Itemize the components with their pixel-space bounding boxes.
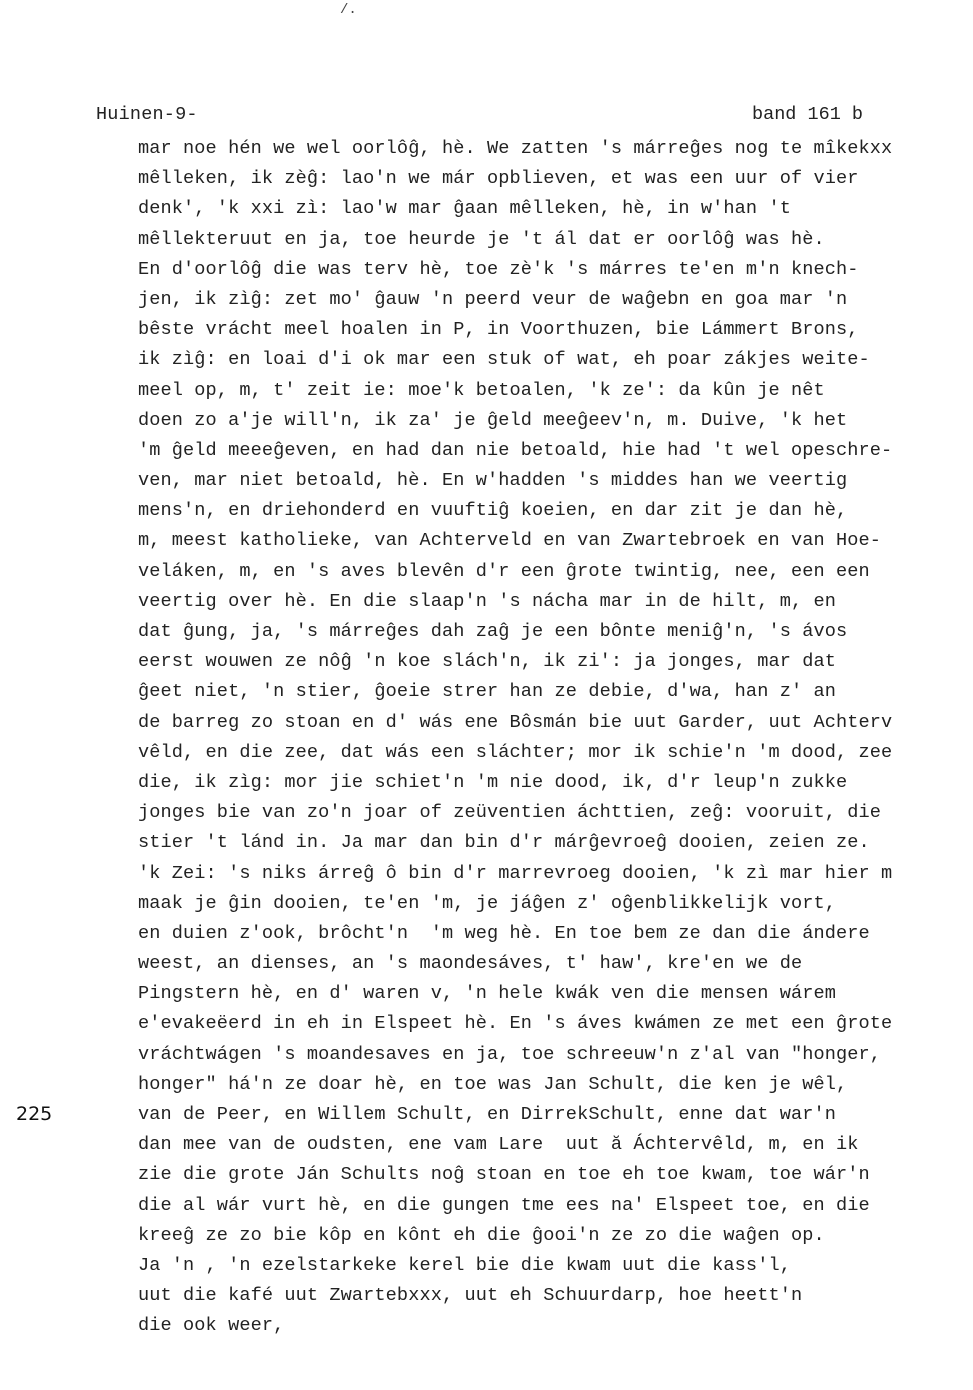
transcript-line: ĝeet niet, 'n stier, ĝoeie strer han ze … [138, 677, 973, 707]
transcript-line: Pingstern hè, en d' waren v, 'n hele kwá… [138, 979, 973, 1009]
transcript-line: bêste vrácht meel hoalen in P, in Voorth… [138, 315, 973, 345]
transcript-line: uut die kafé uut Zwartebxxx, uut eh Schu… [138, 1281, 973, 1311]
transcript-line: stier 't lánd in. Ja mar dan bin d'r már… [138, 828, 973, 858]
transcript-line: mar noe hén we wel oorlôĝ, hè. We zatten… [138, 134, 973, 164]
transcript-line: weest, an dienses, an 's maondesáves, t'… [138, 949, 973, 979]
transcript-line: en duien z'ook, brôcht'n 'm weg hè. En t… [138, 919, 973, 949]
transcript-line: maak je ĝin dooien, te'en 'm, je jáĝen z… [138, 889, 973, 919]
transcript-line: dat ĝung, ja, 's márreĝes dah zaĝ je een… [138, 617, 973, 647]
transcript-line: veláken, m, en 's aves blevên d'r een ĝr… [138, 557, 973, 587]
transcript-line: vêld, en die zee, dat wás een slách­ter;… [138, 738, 973, 768]
typewritten-page: /. Huinen-9- band 161 b 225 mar noe hén … [0, 0, 973, 1390]
transcript-line: En d'oorlôĝ die was terv hè, toe zè'k 's… [138, 255, 973, 285]
transcript-line: mêllekteruut en ja, toe heurde je 't ál … [138, 225, 973, 255]
transcript-line: jonges bie van zo'n joar of zeüventien á… [138, 798, 973, 828]
transcript-line: de barreg zo stoan en d' wás ene Bôsmán … [138, 708, 973, 738]
transcript-line: m, meest katholieke, van Achterveld en v… [138, 526, 973, 556]
page-header-tape-reference: band 161 b [752, 104, 863, 125]
page-header-title: Huinen-9- [96, 104, 198, 125]
transcript-line: mens'n, en driehonderd en vuuftiĝ koeien… [138, 496, 973, 526]
transcript-line: zie die grote Ján Schults noĝ stoan en t… [138, 1160, 973, 1190]
margin-line-number: 225 [16, 1103, 52, 1125]
transcript-line: meel op, m, t' zeit ie: moe'k betoalen, … [138, 376, 973, 406]
transcript-line: eerst wouwen ze nôĝ 'n koe slách'n, ik z… [138, 647, 973, 677]
transcript-line: ven, mar niet betoald, hè. En w'hadden '… [138, 466, 973, 496]
transcript-line: die ook weer, [138, 1311, 973, 1341]
transcript-line: van de Peer, en Willem Schult, en Dirrek… [138, 1100, 973, 1130]
transcript-line: doen zo a'je will'n, ik za' je ĝeld meeĝ… [138, 406, 973, 436]
transcript-line: e'evakeëerd in eh in Elspeet hè. En 's á… [138, 1009, 973, 1039]
transcript-line: 'k Zei: 's niks árreĝ ô bin d'r marrevro… [138, 859, 973, 889]
transcript-line: Ja 'n , 'n ezelstarkeke kerel bie die kw… [138, 1251, 973, 1281]
transcript-line: ik zìĝ: en loai d'i ok mar een stuk of w… [138, 345, 973, 375]
top-mark: /. [340, 2, 357, 18]
transcript-line: jen, ik zìĝ: zet mo' ĝauw 'n peerd veur … [138, 285, 973, 315]
transcript-line: dan mee van de oudsten, ene vam Lare uut… [138, 1130, 973, 1160]
transcript-line: die, ik zìg: mor jie schiet'n 'm nie doo… [138, 768, 973, 798]
transcript-line: honger" há'n ze doar hè, en toe was Jan … [138, 1070, 973, 1100]
transcript-line: veertig over hè. En die slaap'n 's nácha… [138, 587, 973, 617]
transcript-line: 'm ĝeld meeeĝeven, en had dan nie betoal… [138, 436, 973, 466]
transcript-line: mêlleken, ik zèĝ: lao'n we már opblieven… [138, 164, 973, 194]
transcript-line: vráchtwágen 's moandesaves en ja, toe sc… [138, 1040, 973, 1070]
transcript-line: denk', 'k xxi zì: lao'w mar ĝaan mêlleke… [138, 194, 973, 224]
transcript-line: kreeĝ ze zo bie kôp en kônt eh die ĝooi'… [138, 1221, 973, 1251]
transcript-body: mar noe hén we wel oorlôĝ, hè. We zatten… [138, 134, 973, 1342]
transcript-line: die al wár vurt hè, en die gungen tme ee… [138, 1191, 973, 1221]
